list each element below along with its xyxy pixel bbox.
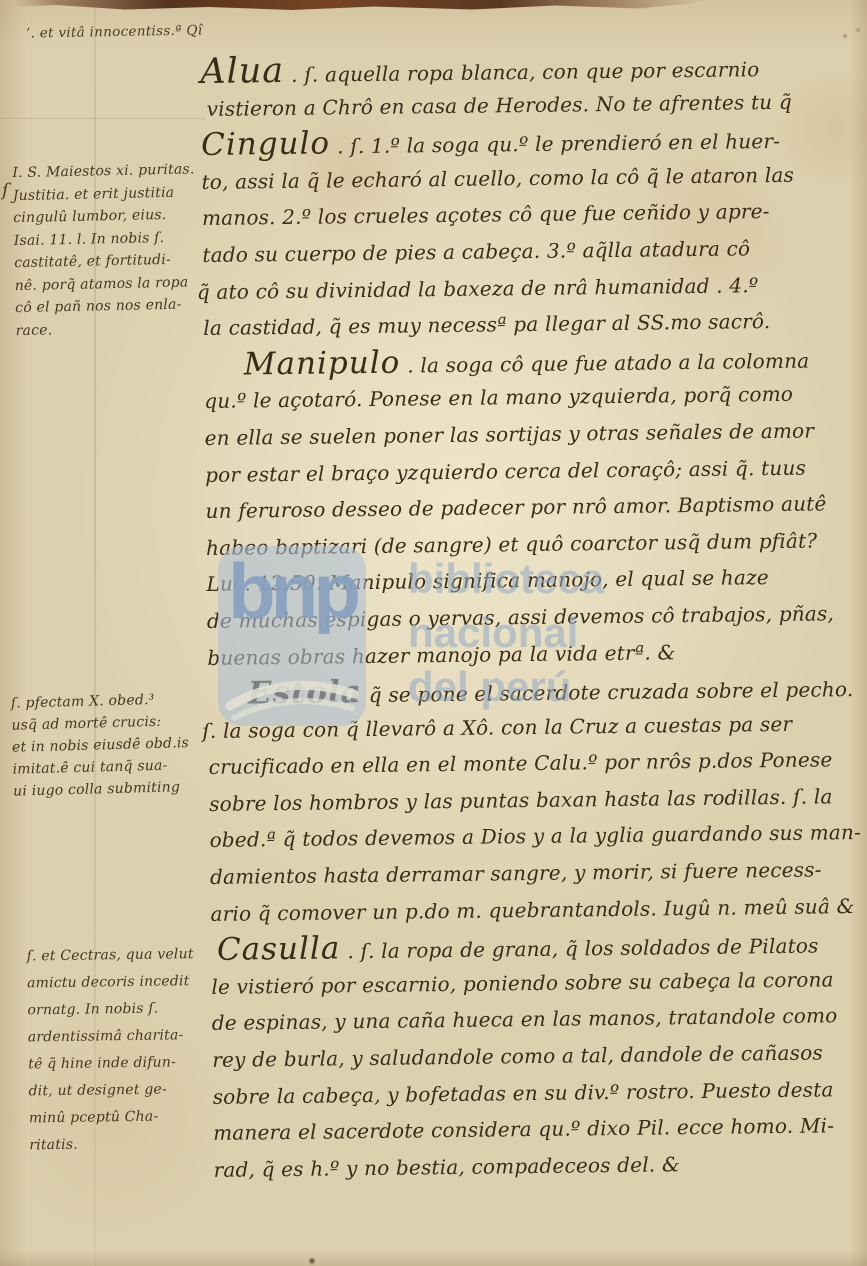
line-text: obed.ª q̃ todos devemos a Dios y a la yg… <box>209 820 861 852</box>
line-text: Luc. 12.50. Manipulo significa manojo, e… <box>206 565 769 596</box>
line-text: manera el sacerdote considera qu.º dixo … <box>213 1114 834 1146</box>
margin-note-line: ſ. et Cectras, qua velut <box>27 941 232 971</box>
section-term-casulla: Casulla <box>217 931 341 969</box>
line-text: rad, q̃ es h.º y no bestia, compadeceos … <box>213 1152 680 1182</box>
line-text: de espinas, y una caña hueca en las mano… <box>212 1004 838 1036</box>
margin-note-line: ritatis. <box>29 1130 234 1160</box>
line-text: habeo baptizari (de sangre) et quô coarc… <box>206 528 817 559</box>
margin-note-line: minû pceptû Cha- <box>29 1103 234 1133</box>
line-text: to, assi la q̃ le echaró al cuello, como… <box>201 163 794 194</box>
line-text: tado su cuerpo de pies a cabeça. 3.º aq̃… <box>202 236 750 267</box>
margin-note-line: race. <box>15 315 220 342</box>
margin-note-line: ui iugo colla submiting <box>13 775 219 802</box>
line-text: . ſ. 1.º la soga qu.º le prendieró en el… <box>337 129 780 158</box>
manuscript-line: rad, q̃ es h.º y no bestia, compadeceos … <box>213 1144 867 1189</box>
line-text: ario q̃ comover un p.do m. quebrantandol… <box>210 894 854 926</box>
horizontal-crease <box>0 118 205 119</box>
margin-note-line: dit, ut designet ge- <box>28 1076 233 1106</box>
margin-note-line: I. S. Maiestos xi. puritas. <box>12 158 217 185</box>
line-text: crucificado en ella en el monte Calu.º p… <box>209 748 833 780</box>
section-term-estola: Estola <box>248 674 362 711</box>
margin-mark: ſ <box>2 180 9 201</box>
margin-note-line: tê q̃ hine inde difun- <box>28 1049 233 1079</box>
line-text: . ſ. aquella ropa blanca, con que por es… <box>291 57 760 87</box>
margin-note-cingulo: I. S. Maiestos xi. puritas. Justitia. et… <box>12 158 221 342</box>
line-text: rey de burla, y saludandole como a tal, … <box>212 1040 823 1071</box>
line-text: . la soga cô que fue atado a la colomna <box>407 348 809 377</box>
line-text: q̃ se pone el sacerdote cruzada sobre el… <box>369 677 854 707</box>
line-text: buenas obras hazer manojo pa la vida etr… <box>207 640 675 670</box>
manuscript-page: ’. et vitâ innocentiss.ª Qî ſ I. S. Maie… <box>0 0 867 1266</box>
margin-note-casulla: ſ. et Cectras, qua velut amictu decoris … <box>27 941 235 1160</box>
line-text: por estar el braço yzquierdo cerca del c… <box>205 455 806 486</box>
line-text: . ſ. la ropa de grana, q̃ los soldados d… <box>347 934 818 964</box>
line-text: sobre la cabeça, y bofetadas en su div.º… <box>213 1077 834 1109</box>
margin-note-line: ardentissimâ charita- <box>28 1022 233 1052</box>
section-term-cingulo: Cingulo <box>201 126 330 164</box>
header-margin-note: ’. et vitâ innocentiss.ª Qî <box>26 22 203 41</box>
section-term-alua: Alua <box>200 51 284 92</box>
line-text: q̃ ato cô su divinidad la baxeza de nrâ … <box>197 273 759 304</box>
line-text: un feruroso desseo de padecer por nrô am… <box>205 492 826 524</box>
line-text: ſ. la soga con q̃ llevarô a Xô. con la C… <box>202 712 792 743</box>
page-top-edge-stain <box>14 0 708 10</box>
section-term-manipulo: Manipulo <box>244 344 401 382</box>
line-text: manos. 2.º los crueles açotes cô que fue… <box>202 199 770 230</box>
line-text: sobre los hombros y las puntas baxan has… <box>209 784 833 816</box>
line-text: la castidad, q̃ es muy necessª pa llegar… <box>203 309 770 340</box>
line-text: damientos hasta derramar sangre, y morir… <box>210 858 822 889</box>
margin-note-estola: ſ. pfectam X. obed.³ usq̃ ad mortê cruci… <box>11 687 219 802</box>
line-text: qu.º le açotaró. Ponese en la mano yzqui… <box>204 382 793 413</box>
line-text: vistieron a Chrô en casa de Herodes. No … <box>207 89 792 120</box>
main-text-block: Alua. ſ. aquella ropa blanca, con que po… <box>200 46 867 1188</box>
line-text: le vistieró por escarnio, poniendo sobre… <box>211 967 834 999</box>
margin-note-line: amictu decoris incedit <box>27 968 232 998</box>
line-text: en ella se suelen poner las sortijas y o… <box>205 418 815 449</box>
line-text: de muchas espigas o yervas, assi devemos… <box>207 601 834 633</box>
margin-note-line: ornatg. In nobis ſ. <box>27 995 232 1025</box>
